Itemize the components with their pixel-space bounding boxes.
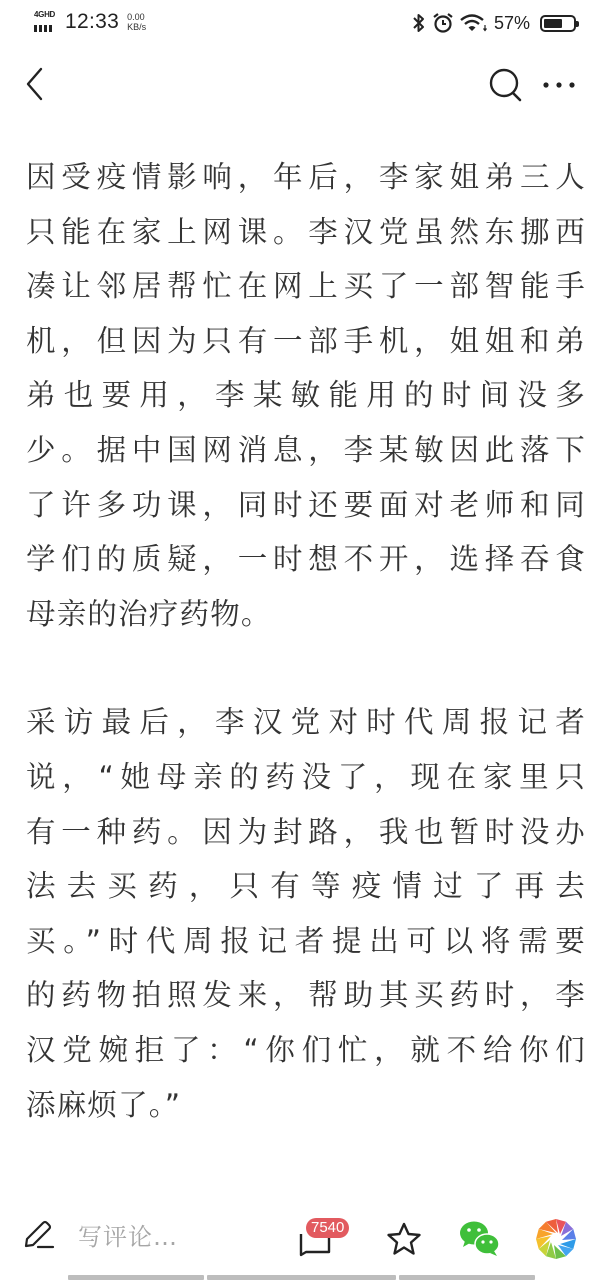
share-moments-button[interactable]: [534, 1217, 578, 1265]
text-line: 弟也要用，李某敏能用的时间没多: [26, 368, 586, 423]
text-line: 说，“她母亲的药没了，现在家里只: [26, 750, 586, 805]
article-paragraph: 采访最后，李汉党对时代周报记者 说，“她母亲的药没了，现在家里只 有一种药。因为…: [26, 695, 586, 1132]
clock: 12:33: [65, 10, 119, 34]
text-line: 母亲的治疗药物。: [26, 587, 586, 642]
article-body: 因受疫情影响，年后，李家姐弟三人 只能在家上网课。李汉党虽然东挪西 凑让邻居帮忙…: [26, 150, 586, 1186]
text-line: 的药物拍照发来，帮助其买药时，李: [26, 968, 586, 1023]
bottom-toolbar: 写评论…: [0, 1205, 606, 1265]
page-indicator-segment: [207, 1275, 396, 1280]
text-line: 采访最后，李汉党对时代周报记者: [26, 695, 586, 750]
text-line: 法去买药，只有等疫情过了再去: [26, 859, 586, 914]
bluetooth-icon: [412, 13, 426, 33]
status-left: 4GHD 12:33 0.00 KB/s: [33, 10, 146, 34]
text-line: 了许多功课，同时还要面对老师和同: [26, 478, 586, 533]
pencil-icon: [22, 1218, 56, 1252]
wechat-icon: [458, 1219, 502, 1257]
status-right: 57%: [412, 12, 576, 34]
text-line: 少。据中国网消息，李某敏因此落下: [26, 423, 586, 478]
status-bar: 4GHD 12:33 0.00 KB/s 57%: [0, 0, 606, 48]
battery-icon: [540, 15, 576, 32]
star-icon: [385, 1221, 423, 1257]
chevron-left-icon: [22, 64, 52, 104]
network-type: 4GHD: [34, 10, 55, 19]
nav-bar: [0, 56, 606, 116]
more-horizontal-icon: [540, 70, 580, 100]
back-button[interactable]: [22, 64, 52, 104]
battery-percent: 57%: [494, 13, 530, 34]
text-line: 有一种药。因为封路，我也暂时没办: [26, 805, 586, 860]
text-line: 凑让邻居帮忙在网上买了一部智能手: [26, 259, 586, 314]
speed-unit: KB/s: [127, 22, 146, 32]
comment-count-badge: 7540: [306, 1218, 349, 1238]
moments-icon: [534, 1217, 578, 1261]
share-wechat-button[interactable]: [458, 1219, 502, 1261]
comment-placeholder: 写评论…: [78, 1217, 178, 1252]
cellular-signal-icon: 4GHD: [33, 10, 59, 34]
text-line: 机，但因为只有一部手机，姐姐和弟: [26, 314, 586, 369]
network-speed: 0.00 KB/s: [127, 12, 146, 32]
text-line: 买。”时代周报记者提出可以将需要: [26, 914, 586, 969]
page-indicator-segment: [399, 1275, 535, 1280]
text-line: 只能在家上网课。李汉党虽然东挪西: [26, 205, 586, 260]
more-button[interactable]: [540, 70, 580, 100]
comment-input[interactable]: 写评论…: [22, 1217, 178, 1252]
text-line: 添麻烦了。”: [26, 1078, 586, 1133]
favorite-button[interactable]: [385, 1221, 423, 1261]
article-paragraph: 因受疫情影响，年后，李家姐弟三人 只能在家上网课。李汉党虽然东挪西 凑让邻居帮忙…: [26, 150, 586, 641]
page-indicator-segment: [68, 1275, 204, 1280]
search-icon: [486, 66, 526, 106]
text-line: 因受疫情影响，年后，李家姐弟三人: [26, 150, 586, 205]
wifi-icon: [460, 13, 488, 33]
text-line: 学们的质疑，一时想不开，选择吞食: [26, 532, 586, 587]
speed-value: 0.00: [127, 12, 146, 22]
alarm-icon: [432, 12, 454, 34]
search-button[interactable]: [486, 66, 526, 106]
text-line: 汉党婉拒了：“你们忙，就不给你们: [26, 1023, 586, 1078]
